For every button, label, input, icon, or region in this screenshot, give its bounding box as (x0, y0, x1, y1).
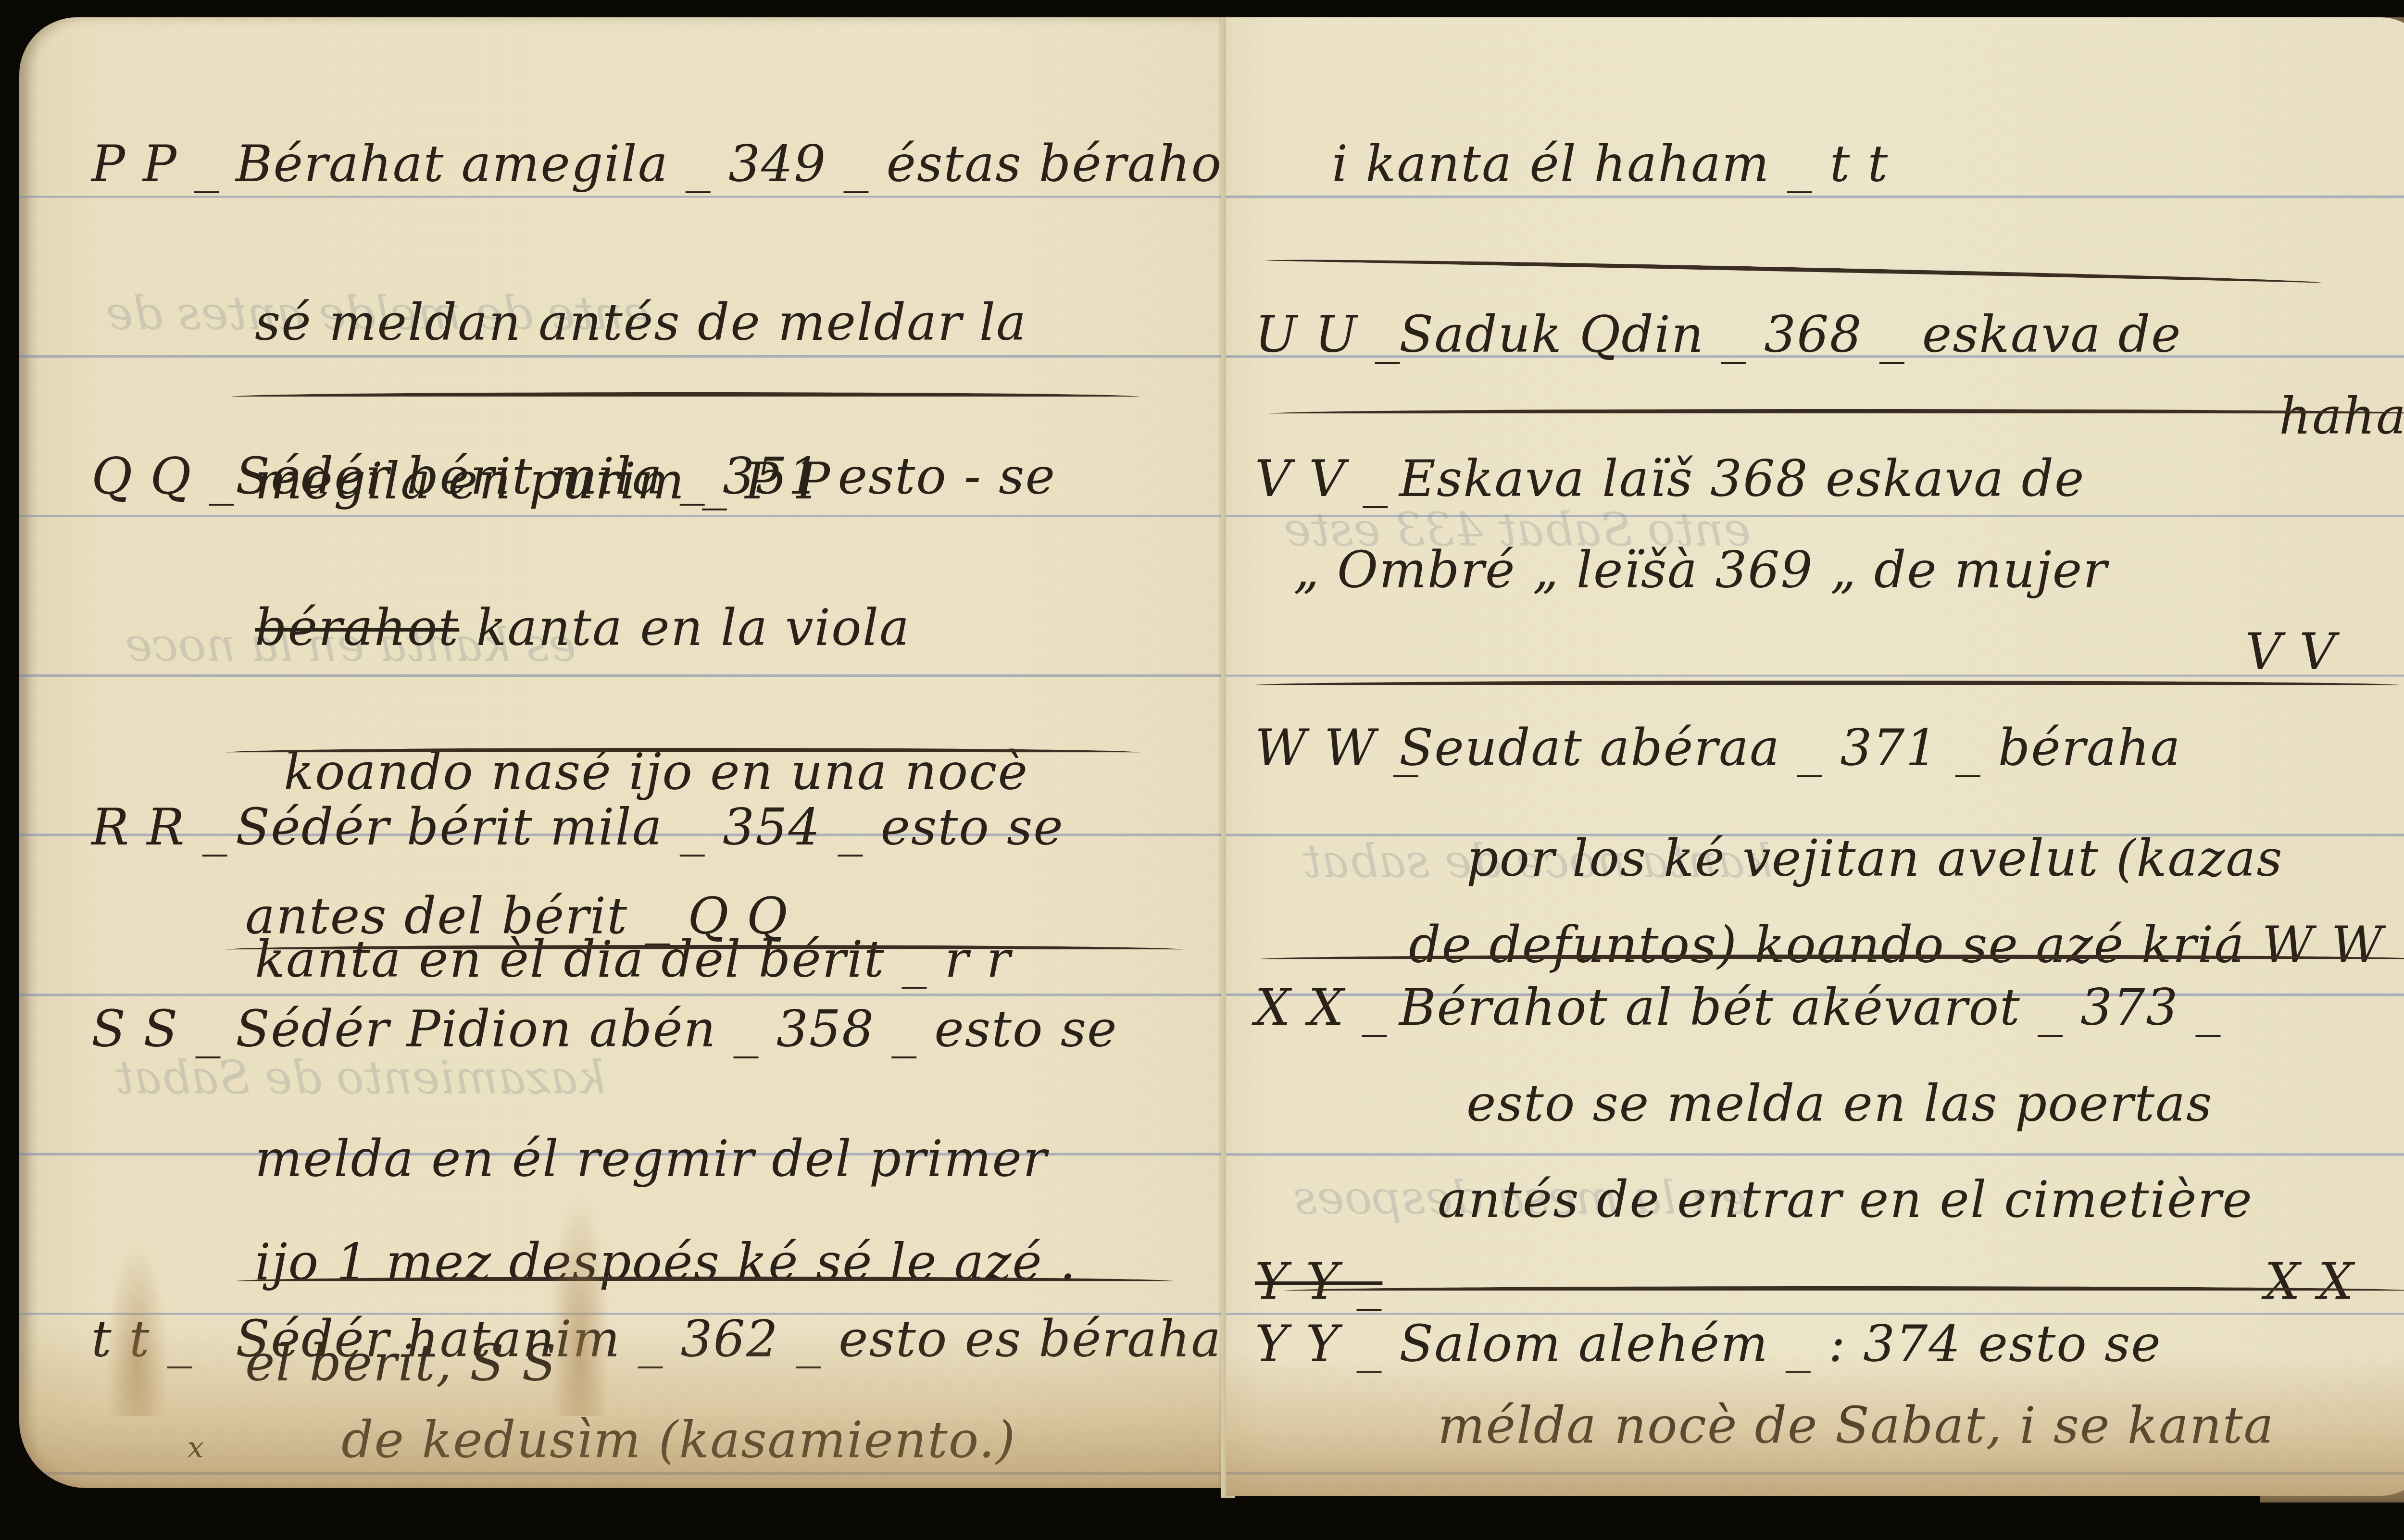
entry-line: esto se melda en las poertas (1255, 1056, 2354, 1152)
entry-line: mélda nocè de Sabat, i se kanta (1255, 1392, 2275, 1459)
entry-line: antés de entrar en el cimetière (1255, 1152, 2354, 1248)
entry-line: Sédér Pidion abén _ 358 _ esto se (236, 1000, 1118, 1058)
entry-line: Bérahat amegila _ 349 _ éstas bérahot (236, 135, 1226, 193)
entry-line: Sédér hatanim _ 362 _ esto es béraha (236, 1310, 1222, 1368)
entry-continuation: i kanta él haham _ t t (1303, 85, 1889, 243)
entry-letters: Q Q _ (91, 397, 236, 556)
entry-yy: Y Y _Salom alehém _ : 374 esto se mélda … (1255, 1296, 2275, 1459)
struck-word: bérahot (255, 598, 459, 657)
entry-vv: V V _Eskava laïš 368 eskava de „ Ombré „… (1255, 421, 2336, 700)
entry-line: Eskava laïš 368 eskava de (1399, 449, 2085, 508)
entry-letters: R R _ (91, 748, 236, 907)
entry-line: Salom alehém _ : 374 esto se (1399, 1315, 2162, 1373)
entry-letters: S S _ (91, 950, 236, 1108)
entry-divider (1284, 1286, 2404, 1295)
entry-tt: t t _Sédér hatanim _ 362 _ esto es bérah… (91, 1277, 1222, 1486)
entry-letters: Y Y _ (1255, 1296, 1399, 1392)
entry-ww: W W _Seudat abéraa _ 371 _ béraha por lo… (1255, 681, 2383, 988)
entry-line: sé meldan antés de meldar la (91, 243, 1226, 402)
entry-line: de kedusìm (kasamiento.) (341, 1411, 1016, 1469)
entry-line: i kanta él haham _ t t (1303, 85, 1889, 243)
entry-letters: W W _ (1255, 681, 1399, 815)
entry-line: melda en él regmir del primer (91, 1108, 1118, 1209)
entry-line: Bérahot al bét akévarot _ 373 _ (1399, 978, 2222, 1037)
entry-letters: t t _ (91, 1277, 236, 1402)
entry-line: por los ké vejitan avelut (kazas (1255, 815, 2383, 902)
entry-line: X X (2265, 1252, 2354, 1311)
entry-letters: V V _ (1255, 421, 1399, 536)
entry-line: kanta en la viola (459, 598, 910, 657)
entry-line: Sédér bérit mila _ 354 _ esto se (236, 798, 1064, 857)
notebook-spread: ente de melde antes de es kanta en la no… (0, 0, 2404, 1540)
entry-letters: P P _ (91, 85, 236, 243)
entry-line: Saduk Qdin _ 368 _ eskava de (1399, 305, 2182, 364)
entry-letters: U U _ (1255, 277, 1399, 392)
entry-letters: X X _ (1255, 959, 1399, 1056)
entry-line: Seudat abéraa _ 371 _ béraha (1399, 719, 2181, 777)
entry-line: „ Ombré „ leïšà 369 „ de mujer (1255, 536, 2336, 604)
margin-mark: x (91, 1409, 341, 1486)
entry-line: Sédér bérit mila _ 351 esto - se (236, 447, 1056, 506)
entry-divider (1269, 409, 2404, 418)
entry-xx: X X _Bérahot al bét akévarot _ 373 _ est… (1255, 959, 2354, 1315)
left-page: ente de melde antes de es kanta en la no… (19, 17, 1226, 1488)
right-page: ento Sabat 433 este kanta noce de sabat … (1226, 17, 2404, 1496)
